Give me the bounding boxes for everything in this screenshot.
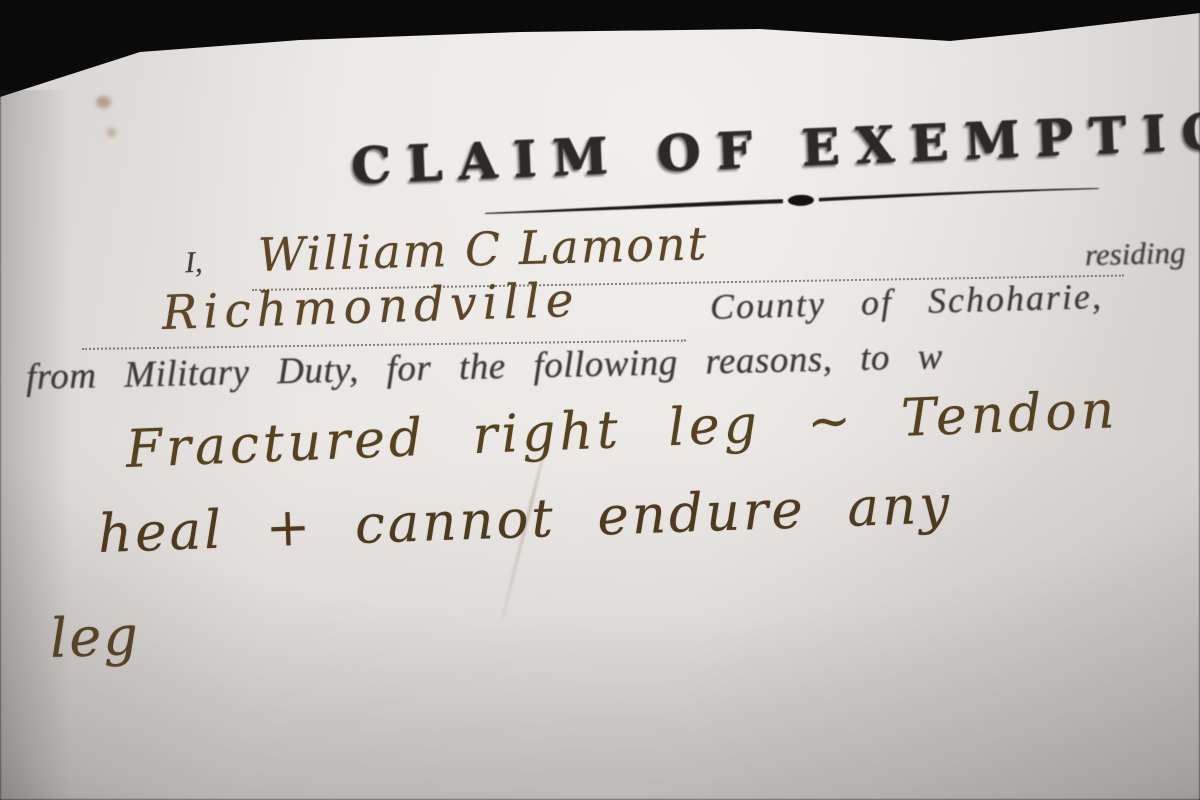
printed-pronoun: I, — [184, 246, 203, 281]
document-photo: CLAIM OF EXEMPTION I, William C Lamont r… — [0, 0, 1200, 800]
handwritten-reason-line-3: leg — [49, 604, 141, 670]
printed-residing-label: residing — [1085, 235, 1186, 274]
